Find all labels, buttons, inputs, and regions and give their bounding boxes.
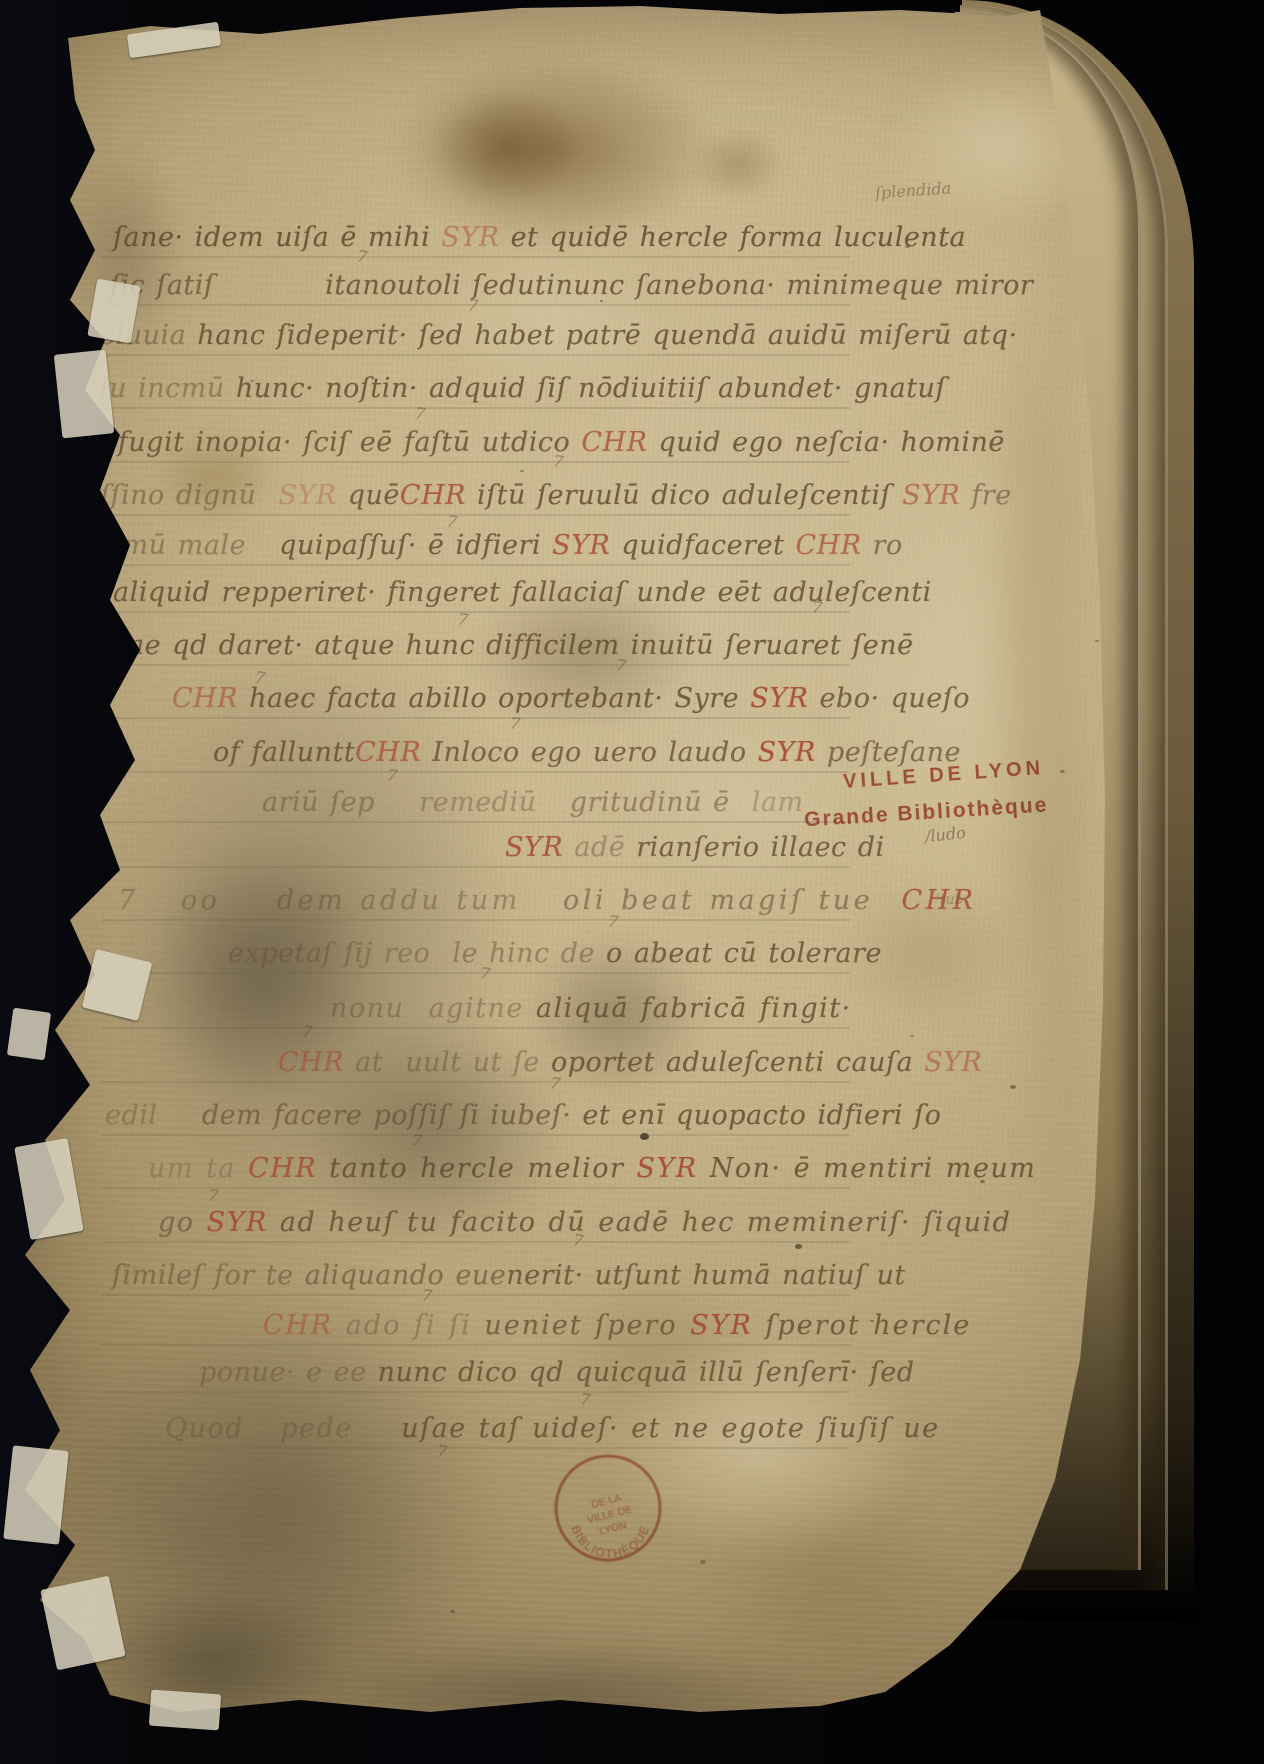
rubric-speaker-mark: CHR: [570, 427, 658, 458]
ruling-line: [102, 1081, 850, 1083]
rubric-speaker-mark: CHR: [278, 1047, 355, 1078]
text-segment: adē: [563, 832, 636, 863]
construe-mark: 7: [356, 246, 369, 266]
manuscript-text-line: ſic ſatiſ itanoutoli ſedutinunc ſanebona…: [110, 270, 1033, 301]
stain: [700, 1480, 970, 1690]
construe-mark: 7: [467, 295, 480, 315]
text-segment: o abeat cū tolerare: [606, 938, 882, 969]
stain: [390, 55, 720, 245]
text-segment: lu incmū: [100, 373, 236, 404]
text-segment: ado ſi ſi: [346, 1310, 485, 1341]
text-segment: edil: [105, 1100, 169, 1131]
ruling-line: [102, 256, 850, 258]
text-segment: et enī quopacto idfieri ſo: [571, 1100, 941, 1131]
manuscript-text-line: ſſino dignū SYR quēCHR iſtū ſeruulū dico…: [100, 480, 1012, 511]
text-segment: lam: [730, 787, 804, 818]
speck: [700, 1560, 706, 1564]
rubric-speaker-mark: CHR: [172, 683, 249, 714]
rubric-speaker-mark: SYR: [430, 222, 510, 253]
speck: [1095, 640, 1099, 642]
text-segment: iſtū ſeruulū dico aduleſcentiſ: [466, 480, 891, 511]
text-segment: le hinc de: [441, 938, 606, 969]
construe-mark: 7: [207, 1185, 220, 1205]
ruling-line: [102, 717, 850, 719]
text-segment: aliquando eue: [305, 1260, 507, 1291]
ruling-line: [102, 514, 850, 516]
text-segment: fre: [971, 480, 1011, 511]
manuscript-text-line: of fallunttCHR Inloco ego uero laudo SYR…: [213, 737, 961, 768]
construe-mark: 7: [436, 1441, 449, 1461]
torn-edge-fragment: [7, 1008, 51, 1061]
torn-edge-fragment: [54, 350, 114, 439]
text-segment: at uult ut ſe: [355, 1047, 551, 1078]
text-segment: dem addu tum: [277, 885, 563, 916]
text-segment: aliquā fabricā fingit·: [536, 993, 852, 1024]
text-segment: ad heuſ tu facito dū eadē hec memineriſ·…: [280, 1207, 1012, 1238]
text-segment: pfugit inopia· ſciſ eē faſtū utdico: [100, 427, 570, 458]
text-segment: rimū male: [100, 530, 257, 561]
text-segment: dem facere poſſiſ: [169, 1100, 460, 1131]
ruling-line: [102, 866, 850, 868]
manuscript-text-line: ponue· e ee nunc dico qd quicquā illū ſe…: [188, 1357, 915, 1388]
text-segment: [353, 1413, 401, 1444]
manuscript-text-line: CHR ado ſi ſi ueniet ſpero SYR ſperot he…: [250, 1310, 971, 1341]
text-segment: expetaſ ſij reo: [228, 938, 441, 969]
construe-mark: 7: [552, 451, 565, 471]
text-segment: uſae taſ uideſ· et ne egote ſiuſiſ ue: [401, 1413, 939, 1444]
manuscript-text-line: um ta CHR tanto hercle melior SYR Non· ē…: [148, 1153, 1036, 1184]
torn-edge-fragment: [3, 1445, 69, 1544]
text-segment: remediū: [375, 787, 570, 818]
text-segment: nonu agitne: [330, 993, 536, 1024]
text-segment: [250, 1310, 263, 1341]
ruling-line: [102, 354, 850, 356]
manuscript-text-line: CHR haec facta abillo oportebant· Syre S…: [172, 683, 970, 714]
ruling-line: [102, 664, 850, 666]
stain: [980, 300, 1070, 1000]
text-segment: ebo· queſo: [819, 683, 970, 714]
stain: [690, 128, 785, 200]
ruling-line: [102, 1027, 850, 1029]
manuscript-text-line: ſane· idem uiſa ē mihi SYR et quidē herc…: [113, 222, 966, 253]
stain: [60, 1280, 500, 1730]
speck: [450, 1610, 455, 1613]
text-segment: rianſerio illaec di: [636, 832, 884, 863]
construe-mark: 7: [421, 1285, 434, 1305]
text-segment: Inloco ego uero laudo: [421, 737, 746, 768]
speck: [520, 470, 524, 472]
ruling-line: [102, 821, 850, 823]
text-segment: quē: [348, 480, 400, 511]
text-segment: oportet aduleſcenti cauſa: [551, 1047, 924, 1078]
ruling-line: [102, 611, 850, 613]
speck: [1060, 770, 1065, 773]
text-segment: ſſino dignū: [100, 480, 267, 511]
ruling-line: [102, 919, 850, 921]
ruling-line: [102, 1294, 850, 1296]
text-segment: ſperot hercle: [765, 1310, 971, 1341]
manuscript-text-line: 7 oo dem addu tum oli beat magiſ tue CHR: [118, 885, 976, 916]
manuscript-text-line: aliquid repperiret· fingeret fallaciaſ u…: [113, 577, 932, 608]
text-segment: quidfaceret: [621, 530, 784, 561]
margin-note: ſplendida: [874, 178, 951, 202]
text-segment: nunc dico qd quicquā illū ſenſerī· ſed: [378, 1357, 915, 1388]
text-segment: hanc ſideperit· ſed habet patrē quendā a…: [197, 320, 1017, 351]
speck: [910, 1035, 914, 1037]
construe-mark: 7: [446, 511, 459, 531]
manuscript-text-line: lu incmū hunc· noſtin· adquid ſiſ nōdiui…: [100, 373, 946, 404]
text-segment: gritudinū ē: [570, 787, 730, 818]
manuscript-text-line: edil dem facere poſſiſ ſi iubeſ· et enī …: [105, 1100, 941, 1131]
text-segment: et quidē hercle forma luculenta: [511, 222, 967, 253]
rubric-speaker-mark: SYR: [924, 1047, 982, 1078]
text-segment: quipaſſuſ· ē idfieri: [257, 530, 541, 561]
manuscript-text-line: cluuia hanc ſideperit· ſed habet patrē q…: [100, 320, 1018, 351]
torn-edge-fragment: [149, 1690, 221, 1731]
text-segment: haec facta abillo oportebant· Syre: [249, 683, 739, 714]
construe-mark: 7: [301, 1021, 314, 1041]
manuscript-text-line: ariū ſep remediū gritudinū ē lam: [262, 787, 804, 818]
text-segment: ſi iubeſ·: [460, 1100, 572, 1131]
ruling-line: [102, 771, 850, 773]
text-segment: Non· ē mentiri meum: [710, 1153, 1037, 1184]
ruling-line: [102, 1447, 850, 1449]
rubric-speaker-mark: SYR: [267, 480, 347, 511]
stain: [430, 90, 580, 205]
rubric-speaker-mark: CHR: [263, 1310, 346, 1341]
ruling-line: [102, 1241, 850, 1243]
rubric-speaker-mark: CHR: [248, 1153, 329, 1184]
stain: [300, 1640, 820, 1750]
text-segment: hunc· noſtin· adquid ſiſ nōdiuitiiſ abun…: [236, 373, 946, 404]
text-segment: of falluntt: [213, 737, 355, 768]
rubric-speaker-mark: SYR: [739, 683, 819, 714]
manuscript-text-line: SYR adē rianſerio illaec di: [505, 832, 885, 863]
construe-mark: 7: [572, 1230, 585, 1250]
manuscript-text-line: ſimileſ for te aliquando euenerit· utſun…: [112, 1260, 906, 1291]
rubric-speaker-mark: CHR: [784, 530, 872, 561]
construe-mark: 7: [509, 713, 522, 733]
speck: [1174, 112, 1190, 126]
rubric-speaker-mark: CHR: [355, 737, 421, 768]
text-segment: ueniet ſpero: [484, 1310, 690, 1341]
ruling-line: [102, 1134, 850, 1136]
text-segment: um ta: [148, 1153, 248, 1184]
text-segment: ro: [873, 530, 903, 561]
text-segment: ſane· idem uiſa ē mihi: [113, 222, 430, 253]
rubric-speaker-mark: SYR: [891, 480, 971, 511]
construe-mark: 7: [411, 1130, 424, 1150]
text-segment: ae qd daret· atque hunc difficilem inuit…: [128, 630, 914, 661]
text-segment: tanto hercle melior: [329, 1153, 636, 1184]
rubric-speaker-mark: SYR: [195, 1207, 280, 1238]
construe-mark: 7: [607, 911, 620, 931]
construe-mark: 7: [414, 403, 427, 423]
rubric-speaker-mark: SYR: [747, 737, 827, 768]
ruling-line: [102, 1391, 850, 1393]
rubric-speaker-mark: SYR: [541, 530, 621, 561]
margin-note: /ludo: [924, 823, 966, 846]
ruling-line: [102, 407, 850, 409]
manuscript-text-line: nonu agitne aliquā fabricā fingit·: [330, 993, 852, 1024]
text-segment: 7 oo: [118, 885, 277, 916]
text-segment: nerit· utſunt humā natiuſ ut: [506, 1260, 906, 1291]
manuscript-text-line: Quod pede uſae taſ uideſ· et ne egote ſi…: [165, 1413, 940, 1444]
construe-mark: 7: [811, 597, 824, 617]
ruling-line: [102, 564, 850, 566]
photo-background: ſane· idem uiſa ē mihi SYR et quidē herc…: [0, 0, 1264, 1764]
manuscript-text-line: expetaſ ſij reo le hinc de o abeat cū to…: [228, 938, 882, 969]
text-segment: ariū ſep: [262, 787, 375, 818]
manuscript-text-line: pfugit inopia· ſciſ eē faſtū utdico CHR …: [100, 427, 1005, 458]
speck: [1010, 1085, 1016, 1089]
rubric-speaker-mark: CHR: [400, 480, 466, 511]
construe-mark: 7: [549, 1073, 562, 1093]
rubric-speaker-mark: SYR: [690, 1310, 765, 1341]
ruling-line: [102, 972, 850, 974]
construe-mark: 7: [457, 609, 470, 629]
ruling-line: [102, 1344, 850, 1346]
text-segment: quid ego neſcia· hominē: [659, 427, 1005, 458]
margin-note: 'tub: [936, 892, 963, 908]
manuscript-text-line: ae qd daret· atque hunc difficilem inuit…: [128, 630, 914, 661]
library-stamp-round: BIBLIOTHÈQUE DE LA VILLE DE LYON: [540, 1440, 676, 1576]
text-segment: go: [158, 1207, 195, 1238]
manuscript-text-line: rimū male quipaſſuſ· ē idfieri SYR quidf…: [100, 530, 903, 561]
manuscript-text-line: go SYR ad heuſ tu facito dū eadē hec mem…: [158, 1207, 1011, 1238]
speck: [795, 1244, 802, 1249]
text-segment: [214, 270, 325, 301]
text-segment: ſimileſ for te: [112, 1260, 305, 1291]
construe-mark: 7: [579, 1389, 592, 1409]
text-segment: ponue· e ee: [188, 1357, 378, 1388]
construe-mark: 7: [615, 655, 628, 675]
text-segment: aliquid repperiret· fingeret fallaciaſ u…: [113, 577, 932, 608]
text-segment: itanoutoli ſedutinunc ſanebona· minimequ…: [325, 270, 1033, 301]
text-segment: Quod pede: [165, 1413, 353, 1444]
ruling-line: [102, 461, 850, 463]
construe-mark: 7: [479, 963, 492, 983]
rubric-speaker-mark: SYR: [505, 832, 563, 863]
manuscript-text-line: CHR at uult ut ſe oportet aduleſcenti ca…: [278, 1047, 982, 1078]
construe-mark: 7: [386, 765, 399, 785]
rubric-speaker-mark: SYR: [636, 1153, 709, 1184]
